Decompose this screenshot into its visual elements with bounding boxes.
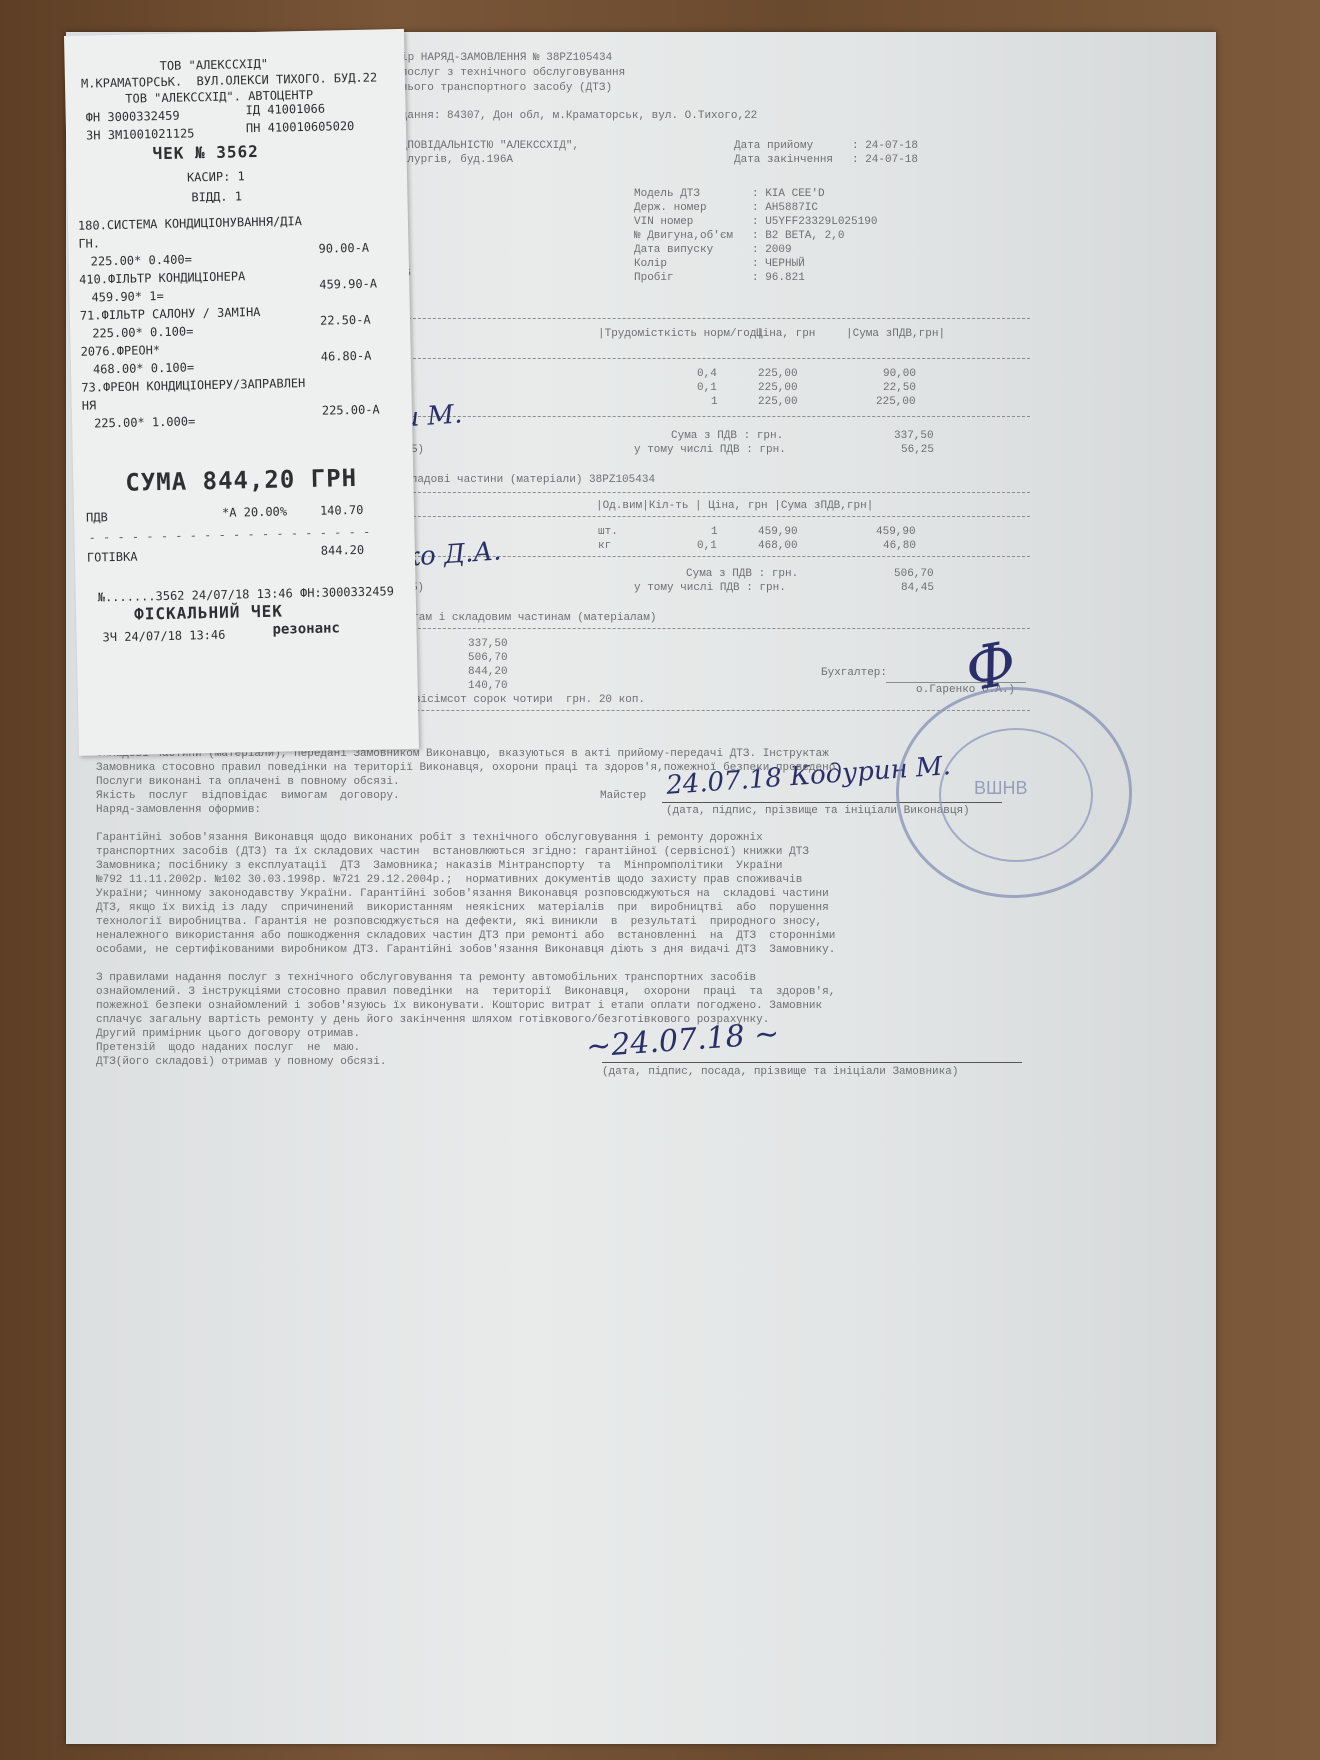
receipt-item-calc: 468.00* 0.100= [93, 359, 194, 377]
part-row-sum: 46,80 [883, 540, 916, 553]
vehicle-field-label: № Двигуна,об'єм [634, 230, 733, 243]
parts-total: 506,70 [894, 568, 934, 581]
note-line: Замовника стосовно правил поведінки на т… [96, 762, 835, 775]
part-row-price: 459,90 [758, 526, 798, 539]
receipt-item-total: 459.90-А [319, 276, 377, 293]
part-row-unit: шт. [598, 526, 618, 539]
rules-line: Претензій щодо наданих послуг не маю. [96, 1042, 360, 1055]
vehicle-field-label: VIN номер [634, 216, 693, 229]
receipt-item-name: 73.ФРЕОН КОНДИЦІОНЕРУ/ЗАПРАВЛЕН [81, 375, 305, 396]
vehicle-field-label: Колір [634, 258, 667, 271]
receipt-item-calc: 459.90* 1= [91, 288, 164, 306]
receipt-item-calc: 225.00* 0.400= [91, 251, 192, 269]
service-row-sum: 90,00 [883, 368, 916, 381]
service-row-hours: 0,4 [697, 368, 717, 381]
parts-vat-label: у тому числі ПДВ : грн. [634, 582, 786, 595]
summary-value: 506,70 [468, 652, 508, 665]
company-stamp: ВШНВ [896, 687, 1132, 898]
receipt-item-name-cont: ГН. [78, 235, 100, 251]
receipt-brand-logo: резонанс [272, 620, 340, 637]
receipt-payment-label: ГОТІВКА [87, 549, 138, 566]
parts-header-unit: |Од.вим|Кіл-ть | Ціна, грн |Сума зПДВ,гр… [596, 500, 873, 513]
warranty-line: технології виробництва. Гарантія не розп… [96, 916, 822, 929]
rules-line: пожежної безпеки ознайомлений і зобов'яз… [96, 1000, 822, 1013]
receipt-item-total: 90.00-А [318, 240, 369, 257]
receipt-vat-label: ПДВ [86, 509, 108, 525]
receipt-pn: ПН 410010605020 [246, 118, 355, 136]
receipt-sum: СУМА 844,20 ГРН [125, 470, 357, 491]
customer-caption: (дата, підпис, посада, прізвище та ініці… [602, 1066, 958, 1079]
receipt-item-calc: 225.00* 0.100= [92, 323, 193, 341]
services-header-hours: |Трудомісткість норм/год| [598, 328, 763, 341]
rules-line: ознайомлений. З інструкціями стосовно пр… [96, 986, 835, 999]
receipt-item-name: 180.СИСТЕМА КОНДИЦІОНУВАННЯ/ДІА [78, 213, 302, 234]
service-row-sum: 22,50 [883, 382, 916, 395]
receipt-item-total: 225.00-А [322, 401, 380, 418]
vehicle-field-label: Пробіг [634, 272, 674, 285]
services-total-label: Сума з ПДВ : грн. [671, 430, 783, 443]
warranty-line: транспортних засобів (ДТЗ) та їх складов… [96, 846, 809, 859]
warranty-line: особами, не сертифікованими виробником Д… [96, 944, 835, 957]
rules-line: З правилами надання послуг з технічного … [96, 972, 756, 985]
vehicle-field-value: : 96.821 [752, 272, 805, 285]
date-received: : 24-07-18 [852, 140, 918, 153]
services-vat: 56,25 [901, 444, 934, 457]
warranty-line: №792 11.11.2002р. №102 30.03.1998р. №721… [96, 874, 802, 887]
vehicle-field-label: Модель ДТЗ [634, 188, 700, 201]
vehicle-field-value: : KIA CEE'D [752, 188, 825, 201]
warranty-line: Гарантійні зобов'язання Виконавця щодо в… [96, 832, 763, 845]
receipt-id: ІД 41001066 [245, 101, 325, 119]
services-header-sum: |Сума зПДВ,грн| [846, 328, 945, 341]
warranty-line: ДТЗ, якщо їх вихід із ладу спричинений в… [96, 902, 829, 915]
note-line: Наряд-замовлення оформив: [96, 804, 261, 817]
summary-value: 140,70 [468, 680, 508, 693]
services-vat-label: у тому числі ПДВ : грн. [634, 444, 786, 457]
receipt-cashier: КАСИР: 1 [187, 168, 245, 185]
fiscal-receipt: ТОВ "АЛЕКССХІД" М.КРАМАТОРСЬК. ВУЛ.ОЛЕКС… [64, 29, 419, 756]
summary-value: 337,50 [468, 638, 508, 651]
receipt-payment-value: 844.20 [321, 542, 365, 559]
receipt-item-name-cont: НЯ [82, 397, 97, 413]
warranty-line: неналежного використання або пошкодження… [96, 930, 835, 943]
service-row-hours: 0,1 [697, 382, 717, 395]
vehicle-field-label: Дата випуску [634, 244, 713, 257]
part-row-unit: кг [598, 540, 611, 553]
part-row-sum: 459,90 [876, 526, 916, 539]
parts-total-label: Сума з ПДВ : грн. [686, 568, 798, 581]
customer-signature: ~24.07.18 ~ [586, 1027, 780, 1053]
receipt-fiscal-label: ФІСКАЛЬНИЙ ЧЕК [134, 604, 283, 623]
part-row-qty: 1 [711, 526, 718, 539]
date-completed: : 24-07-18 [852, 154, 918, 167]
receipt-item-name: 71.ФІЛЬТР САЛОНУ / ЗАМІНА [80, 304, 261, 324]
date-received-label: Дата прийому [734, 140, 813, 153]
rules-line: сплачує загальну вартість ремонту у день… [96, 1014, 769, 1027]
warranty-line: Замовника; посібнику з експлуатації ДТЗ … [96, 860, 783, 873]
vehicle-field-value: : B2 BETA, 2,0 [752, 230, 844, 243]
receipt-item-total: 46.80-А [321, 348, 372, 365]
receipt-footer-date: ЗЧ 24/07/18 13:46 [102, 627, 225, 646]
note-line: Послуги виконані та оплачені в повному о… [96, 776, 400, 789]
service-row-hours: 1 [711, 396, 718, 409]
receipt-zn: ЗН 3М1001021125 [86, 125, 195, 143]
receipt-item-total: 22.50-А [320, 312, 371, 329]
accountant-label: Бухгалтер: [821, 667, 887, 680]
receipt-vat-rate: *А 20.00% [222, 503, 287, 520]
part-row-price: 468,00 [758, 540, 798, 553]
note-line: Якість послуг відповідає вимогам договор… [96, 790, 400, 803]
vehicle-field-value: : ЧЕРНЫЙ [752, 258, 805, 271]
services-total: 337,50 [894, 430, 934, 443]
receipt-department: ВІДД. 1 [191, 188, 242, 205]
vehicle-field-label: Держ. номер [634, 202, 707, 215]
receipt-check-number: ЧЕК № 3562 [152, 144, 259, 162]
vehicle-field-value: : AH5887IC [752, 202, 818, 215]
service-row-price: 225,00 [758, 368, 798, 381]
receipt-item-name: 410.ФІЛЬТР КОНДИЦІОНЕРА [79, 268, 245, 287]
receipt-vat-value: 140.70 [320, 502, 364, 519]
vehicle-field-value: : U5YFF23329L025190 [752, 216, 877, 229]
receipt-item-calc: 225.00* 1.000= [94, 413, 195, 431]
part-row-qty: 0,1 [697, 540, 717, 553]
rules-line: Другий примірник цього договору отримав. [96, 1028, 360, 1041]
parts-vat: 84,45 [901, 582, 934, 595]
master-label: Майстер [600, 790, 646, 803]
service-row-price: 225,00 [758, 396, 798, 409]
warranty-line: України; чинному законодавству України. … [96, 888, 829, 901]
date-completed-label: Дата закінчення [734, 154, 833, 167]
rules-line: ДТЗ(його складові) отримав у повному обс… [96, 1056, 386, 1069]
summary-value: вісімсот сорок чотири грн. 20 коп. [414, 694, 645, 707]
services-header-price: Ціна, грн [756, 328, 815, 341]
receipt-fn: ФН 3000332459 [86, 108, 180, 126]
vehicle-field-value: : 2009 [752, 244, 792, 257]
service-row-price: 225,00 [758, 382, 798, 395]
service-row-sum: 225,00 [876, 396, 916, 409]
place-of-issue: сце складання: 84307, Дон обл, м.Крамато… [348, 110, 757, 123]
receipt-item-name: 2076.ФРЕОН* [80, 342, 160, 360]
summary-value: 844,20 [468, 666, 508, 679]
